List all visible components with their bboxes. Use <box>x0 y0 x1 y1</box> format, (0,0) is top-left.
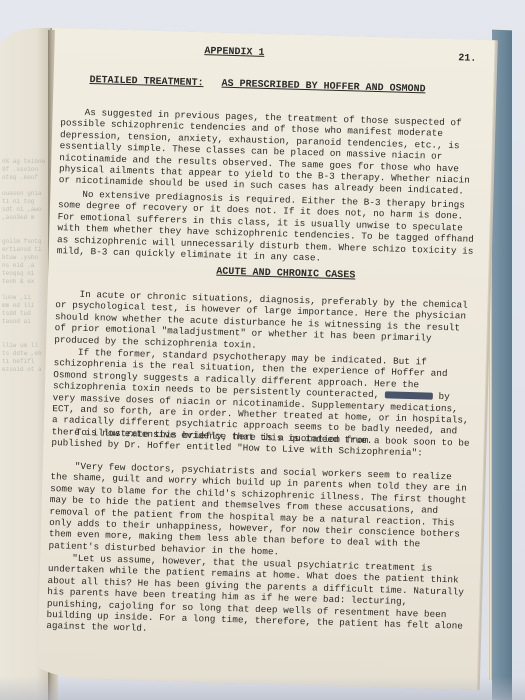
quotation-paragraph-1: "Very few doctors, psychiatrists and soc… <box>48 460 470 563</box>
paragraph-suggested: As suggested in previous pages, the trea… <box>59 106 481 198</box>
quotation-paragraph-2: "Let us assume, however, that the usual … <box>46 552 468 644</box>
redaction-mark <box>385 392 433 400</box>
treatment-heading-left: DETAILED TREATMENT: <box>89 75 203 89</box>
section-heading-acute: ACUTE AND CHRONIC CASES <box>216 267 355 282</box>
paragraph-prediagnosis: No extensive prediagnosis is required. E… <box>57 188 479 268</box>
document-page: 21. APPENDIX 1 DETAILED TREATMENT:AS PRE… <box>37 28 495 690</box>
appendix-title: APPENDIX 1 <box>204 46 264 59</box>
paragraph-acute: In acute or chronic situations, diagnosi… <box>54 288 475 357</box>
page-number: 21. <box>458 53 476 64</box>
treatment-heading: DETAILED TREATMENT:AS PRESCRIBED BY HOFF… <box>89 75 425 95</box>
table-surface <box>0 676 525 700</box>
bleed-through-text: n% ag teibne 9f .ssvion oteq .eeof ouase… <box>2 158 48 374</box>
book-cover-edge <box>492 30 512 700</box>
treatment-heading-right: AS PRESCRIBED BY HOFFER AND OSMOND <box>221 79 425 96</box>
